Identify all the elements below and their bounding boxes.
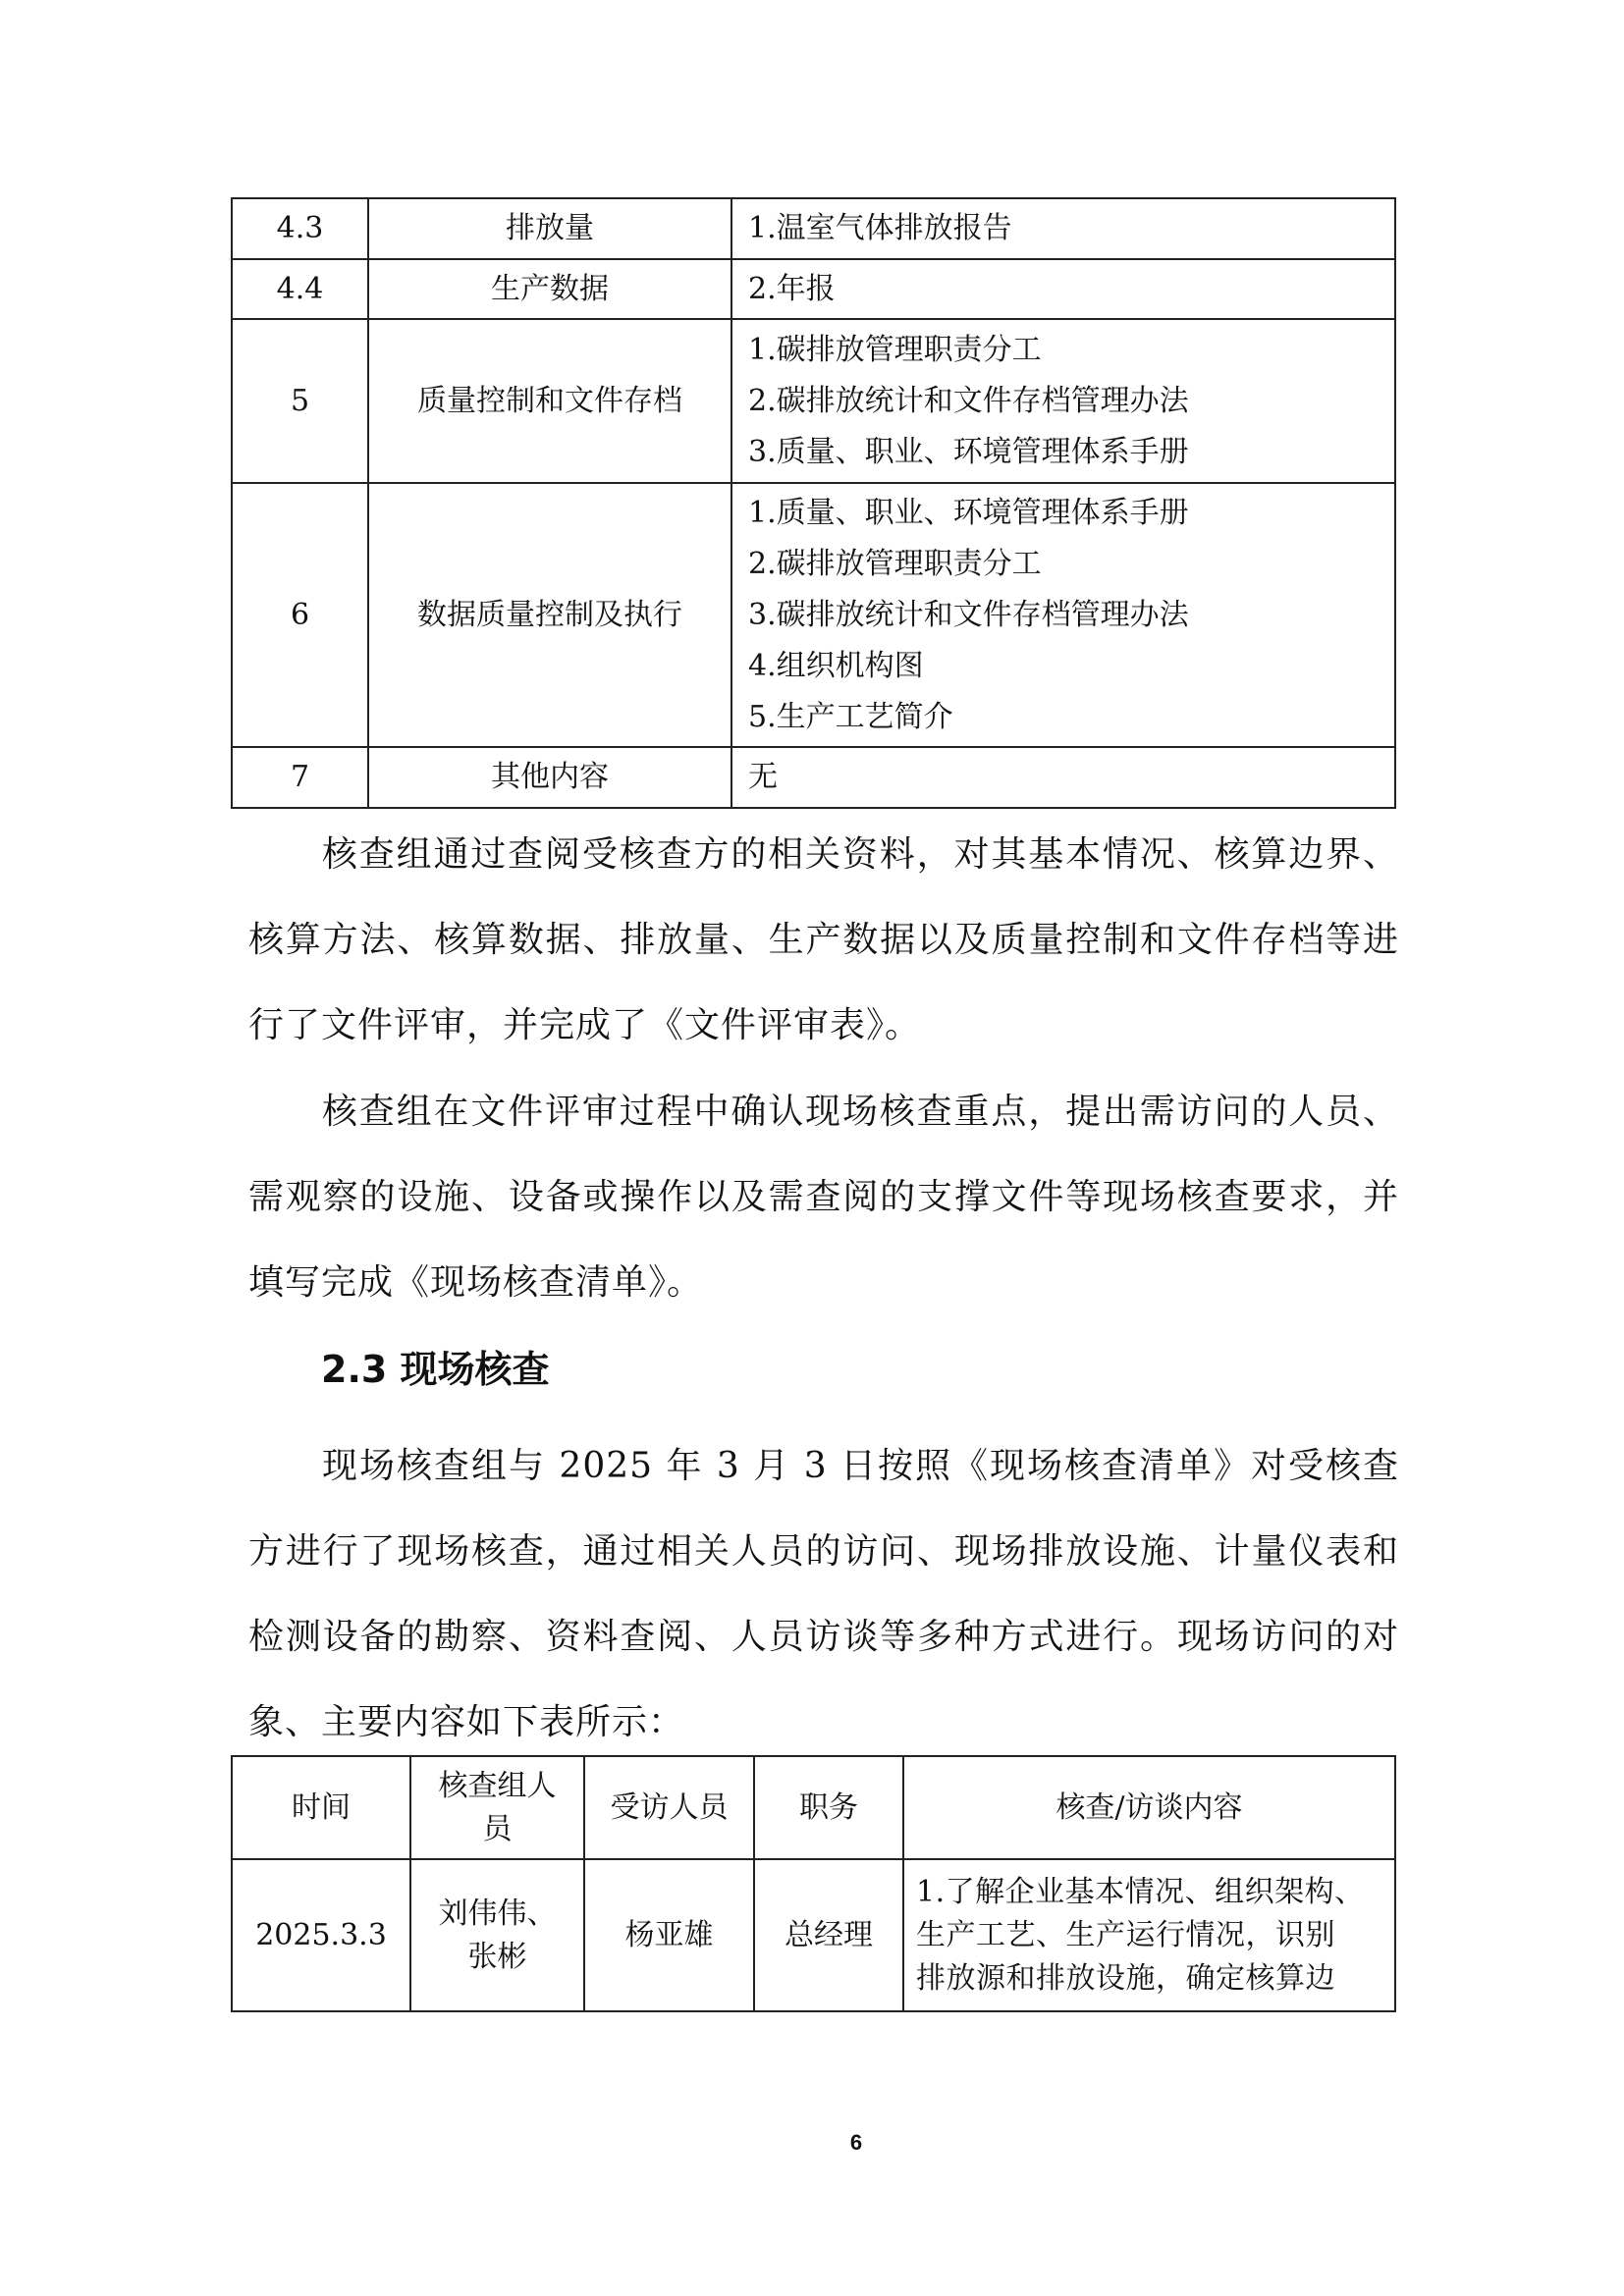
paragraph-text: 核查组在文件评审过程中确认现场核查重点，提出需访问的人员、需观察的设施、设备或操… [248, 1092, 1399, 1303]
content-line: 生产工艺、生产运行情况，识别 [916, 1914, 1382, 1957]
table-row: 6 数据质量控制及执行 1.质量、职业、环境管理体系手册 2.碳排放管理职责分工… [232, 483, 1395, 747]
content-line: 1.了解企业基本情况、组织架构、 [916, 1871, 1382, 1914]
content-line: 排放源和排放设施，确定核算边 [916, 1957, 1382, 2001]
document-entry: 3.质量、职业、环境管理体系手册 [748, 427, 1394, 478]
reference-documents: 1.碳排放管理职责分工 2.碳排放统计和文件存档管理办法 3.质量、职业、环境管… [731, 319, 1395, 483]
header-time: 时间 [232, 1756, 410, 1859]
paragraph-onsite-verification: 现场核查组与 2025 年 3 月 3 日按照《现场核查清单》对受核查方进行了现… [248, 1423, 1399, 1765]
document-entry: 2.碳排放管理职责分工 [748, 539, 1394, 590]
cell-time: 2025.3.3 [232, 1859, 410, 2011]
header-team-line: 员 [411, 1808, 583, 1851]
table-row: 7 其他内容 无 [232, 747, 1395, 808]
reference-documents: 2.年报 [731, 259, 1395, 319]
header-interviewee: 受访人员 [584, 1756, 754, 1859]
reference-documents: 1.温室气体排放报告 [731, 198, 1395, 259]
review-item: 数据质量控制及执行 [368, 483, 731, 747]
team-member-line: 张彬 [411, 1936, 583, 1979]
header-team-line: 核查组人 [411, 1765, 583, 1808]
document-entry: 1.碳排放管理职责分工 [748, 325, 1394, 376]
document-review-table: 4.3 排放量 1.温室气体排放报告 4.4 生产数据 2.年报 5 质量控制和… [231, 197, 1396, 809]
paragraph-checklist: 核查组在文件评审过程中确认现场核查重点，提出需访问的人员、需观察的设施、设备或操… [248, 1069, 1399, 1325]
header-content: 核查/访谈内容 [903, 1756, 1395, 1859]
table-row: 4.3 排放量 1.温室气体排放报告 [232, 198, 1395, 259]
document-entry: 1.质量、职业、环境管理体系手册 [748, 488, 1394, 539]
row-number: 4.4 [232, 259, 368, 319]
review-item: 质量控制和文件存档 [368, 319, 731, 483]
document-entry: 1.温室气体排放报告 [748, 203, 1394, 254]
paragraph-text: 现场核查组与 2025 年 3 月 3 日按照《现场核查清单》对受核查方进行了现… [248, 1446, 1399, 1742]
cell-position: 总经理 [754, 1859, 903, 2011]
table-row: 4.4 生产数据 2.年报 [232, 259, 1395, 319]
document-entry: 2.年报 [748, 264, 1394, 315]
document-entry: 2.碳排放统计和文件存档管理办法 [748, 376, 1394, 427]
cell-interviewee: 杨亚雄 [584, 1859, 754, 2011]
document-entry: 4.组织机构图 [748, 641, 1394, 692]
cell-team: 刘伟伟、 张彬 [410, 1859, 584, 2011]
review-item: 生产数据 [368, 259, 731, 319]
paragraph-document-review: 核查组通过查阅受核查方的相关资料，对其基本情况、核算边界、核算方法、核算数据、排… [248, 812, 1399, 1068]
cell-content: 1.了解企业基本情况、组织架构、 生产工艺、生产运行情况，识别 排放源和排放设施… [903, 1859, 1395, 2011]
header-position: 职务 [754, 1756, 903, 1859]
review-item: 排放量 [368, 198, 731, 259]
row-number: 5 [232, 319, 368, 483]
document-entry: 无 [748, 752, 1394, 803]
row-number: 7 [232, 747, 368, 808]
paragraph-text: 核查组通过查阅受核查方的相关资料，对其基本情况、核算边界、核算方法、核算数据、排… [248, 834, 1399, 1045]
reference-documents: 无 [731, 747, 1395, 808]
table-row: 5 质量控制和文件存档 1.碳排放管理职责分工 2.碳排放统计和文件存档管理办法… [232, 319, 1395, 483]
review-item: 其他内容 [368, 747, 731, 808]
row-number: 6 [232, 483, 368, 747]
page-number: 6 [837, 2130, 876, 2156]
document-page: 4.3 排放量 1.温室气体排放报告 4.4 生产数据 2.年报 5 质量控制和… [0, 0, 1624, 2296]
section-heading: 2.3 现场核查 [321, 1345, 550, 1394]
table-header-row: 时间 核查组人 员 受访人员 职务 核查/访谈内容 [232, 1756, 1395, 1859]
document-entry: 5.生产工艺简介 [748, 692, 1394, 743]
header-team: 核查组人 员 [410, 1756, 584, 1859]
document-entry: 3.碳排放统计和文件存档管理办法 [748, 590, 1394, 641]
interview-table: 时间 核查组人 员 受访人员 职务 核查/访谈内容 2025.3.3 刘伟伟、 … [231, 1755, 1396, 2012]
table-row: 2025.3.3 刘伟伟、 张彬 杨亚雄 总经理 1.了解企业基本情况、组织架构… [232, 1859, 1395, 2011]
row-number: 4.3 [232, 198, 368, 259]
reference-documents: 1.质量、职业、环境管理体系手册 2.碳排放管理职责分工 3.碳排放统计和文件存… [731, 483, 1395, 747]
team-member-line: 刘伟伟、 [411, 1893, 583, 1936]
